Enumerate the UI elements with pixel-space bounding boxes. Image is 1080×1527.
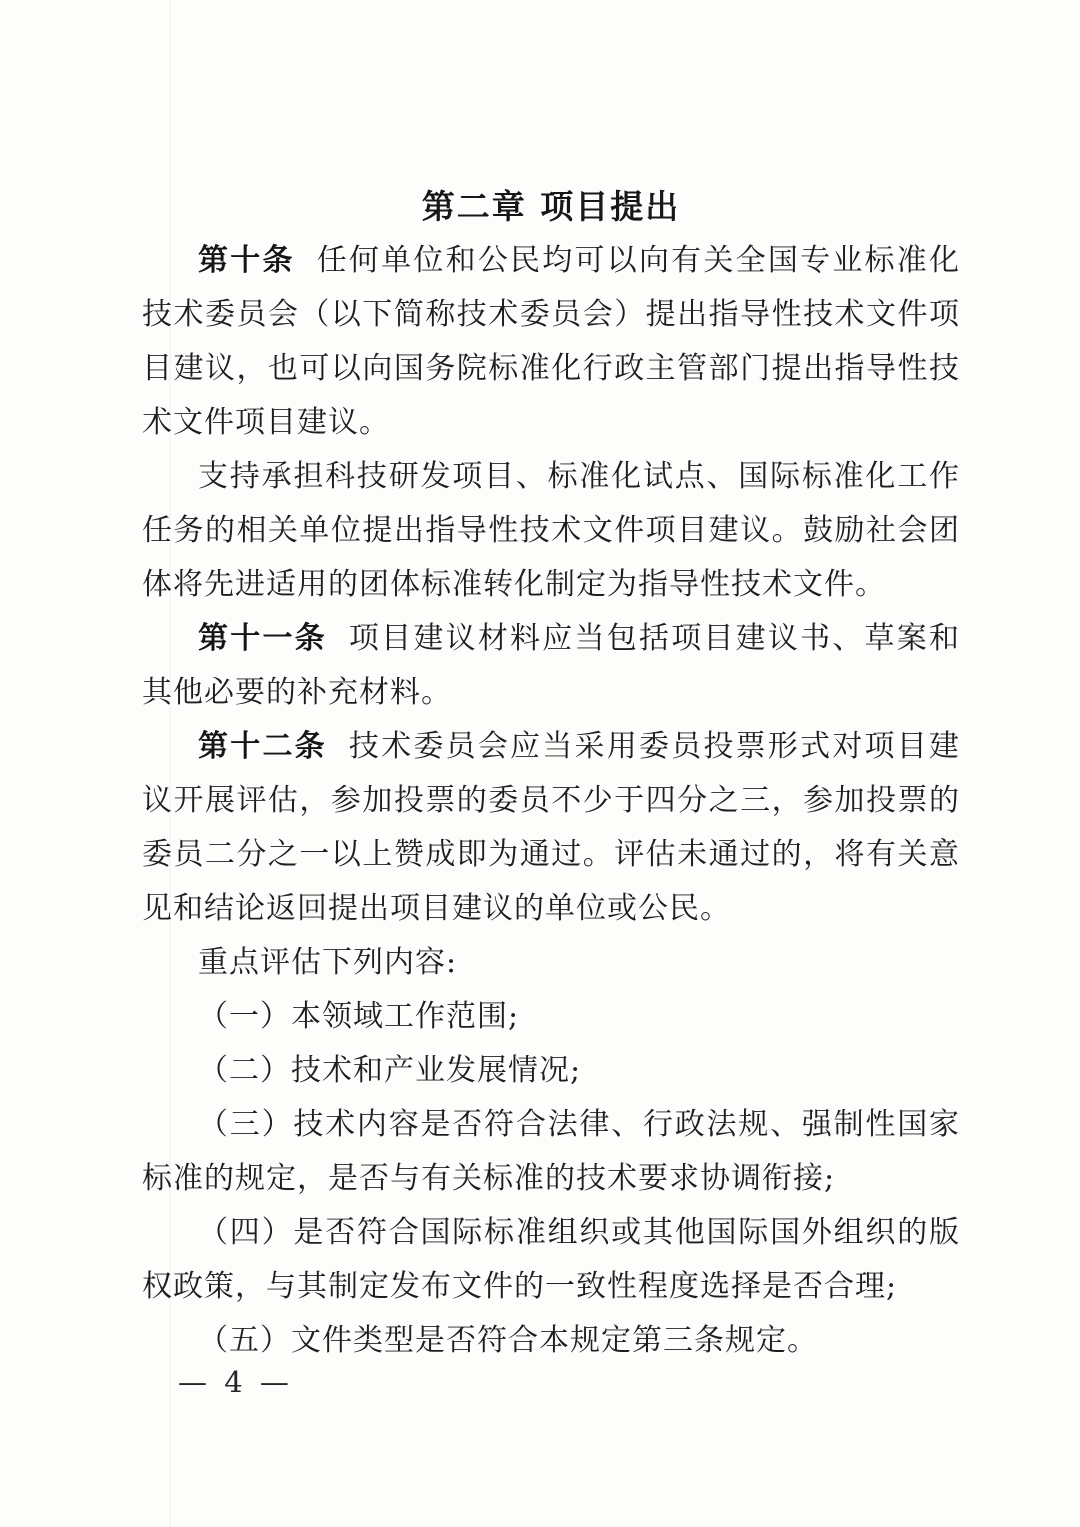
list-item-2-text: （二）技术和产业发展情况; bbox=[198, 1053, 581, 1088]
document-page: 第二章 项目提出 第十条任何单位和公民均可以向有关全国专业标准化技术委员会（以下… bbox=[0, 0, 1080, 1527]
list-item-2: （二）技术和产业发展情况; bbox=[142, 1044, 960, 1098]
paragraph-article-12: 第十二条技术委员会应当采用委员投票形式对项目建议开展评估，参加投票的委员不少于四… bbox=[142, 720, 960, 936]
paragraph-evaluation-intro: 重点评估下列内容: bbox=[142, 936, 960, 990]
list-item-5: （五）文件类型是否符合本规定第三条规定。 bbox=[142, 1314, 960, 1368]
list-item-3-text: （三）技术内容是否符合法律、行政法规、强制性国家标准的规定，是否与有关标准的技术… bbox=[142, 1107, 960, 1196]
article-11-label: 第十一条 bbox=[198, 621, 327, 656]
list-item-5-text: （五）文件类型是否符合本规定第三条规定。 bbox=[198, 1323, 818, 1358]
list-item-1-text: （一）本领域工作范围; bbox=[198, 999, 519, 1034]
list-item-4: （四）是否符合国际标准组织或其他国际国外组织的版权政策，与其制定发布文件的一致性… bbox=[142, 1206, 960, 1314]
paragraph-support-clause: 支持承担科技研发项目、标准化试点、国际标准化工作任务的相关单位提出指导性技术文件… bbox=[142, 450, 960, 612]
list-item-4-text: （四）是否符合国际标准组织或其他国际国外组织的版权政策，与其制定发布文件的一致性… bbox=[142, 1215, 960, 1304]
list-item-3: （三）技术内容是否符合法律、行政法规、强制性国家标准的规定，是否与有关标准的技术… bbox=[142, 1098, 960, 1206]
article-10-label: 第十条 bbox=[198, 243, 295, 278]
chapter-title: 第二章 项目提出 bbox=[142, 180, 960, 234]
document-body: 第十条任何单位和公民均可以向有关全国专业标准化技术委员会（以下简称技术委员会）提… bbox=[142, 234, 960, 1368]
evaluation-intro-text: 重点评估下列内容: bbox=[198, 945, 457, 980]
paragraph-article-10: 第十条任何单位和公民均可以向有关全国专业标准化技术委员会（以下简称技术委员会）提… bbox=[142, 234, 960, 450]
page-number: — 4 — bbox=[178, 1364, 293, 1400]
paragraph-article-11: 第十一条项目建议材料应当包括项目建议书、草案和其他必要的补充材料。 bbox=[142, 612, 960, 720]
support-clause-text: 支持承担科技研发项目、标准化试点、国际标准化工作任务的相关单位提出指导性技术文件… bbox=[142, 459, 960, 602]
page-content: 第二章 项目提出 第十条任何单位和公民均可以向有关全国专业标准化技术委员会（以下… bbox=[142, 180, 960, 1368]
list-item-1: （一）本领域工作范围; bbox=[142, 990, 960, 1044]
article-12-label: 第十二条 bbox=[198, 729, 327, 764]
